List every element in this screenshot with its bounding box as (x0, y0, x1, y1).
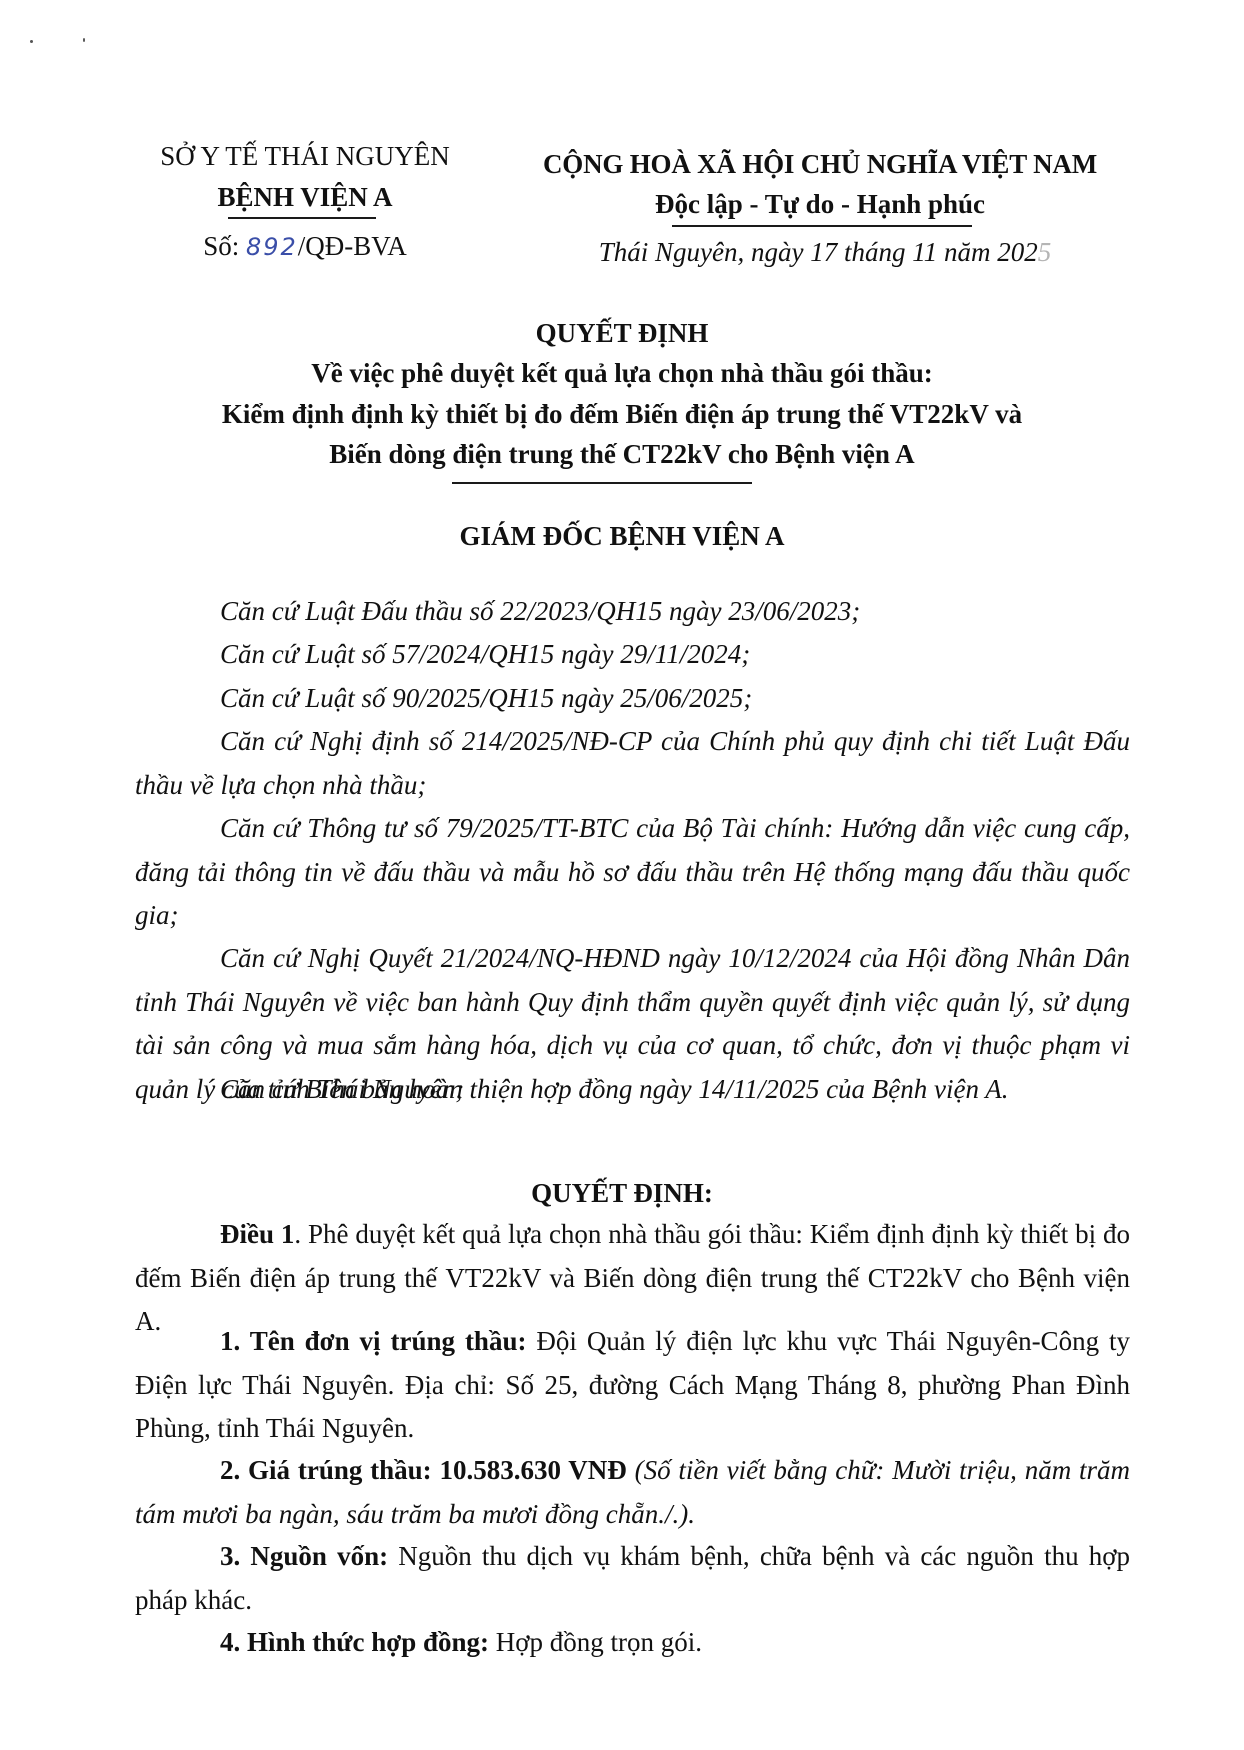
decision-subject-line-2: Kiểm định định kỳ thiết bị đo đếm Biến đ… (0, 393, 1244, 435)
issuing-authority: GIÁM ĐỐC BỆNH VIỆN A (0, 515, 1244, 557)
item-4-text: Hợp đồng trọn gói. (489, 1627, 702, 1657)
place-date-text: Thái Nguyên, ngày 17 tháng 11 năm 202 (599, 237, 1038, 267)
item-contract-type: 4. Hình thức hợp đồng: Hợp đồng trọn gói… (135, 1621, 1130, 1665)
legal-basis-2: Căn cứ Luật số 57/2024/QH15 ngày 29/11/2… (135, 633, 1130, 677)
decision-subject-line-1: Về việc phê duyệt kết quả lựa chọn nhà t… (0, 352, 1244, 394)
legal-basis-3: Căn cứ Luật số 90/2025/QH15 ngày 25/06/2… (135, 677, 1130, 721)
place-and-date: Thái Nguyên, ngày 17 tháng 11 năm 2025 (500, 236, 1150, 268)
item-funding-source: 3. Nguồn vốn: Nguồn thu dịch vụ khám bện… (135, 1535, 1130, 1622)
scan-speck (30, 40, 33, 43)
item-4-label: 4. Hình thức hợp đồng: (220, 1627, 489, 1657)
legal-basis-7: Căn cứ Biên bản hoàn thiện hợp đồng ngày… (135, 1068, 1130, 1112)
legal-basis-4: Căn cứ Nghị định số 214/2025/NĐ-CP của C… (135, 720, 1130, 807)
article-1-label: Điều 1 (220, 1219, 294, 1249)
decides-heading: QUYẾT ĐỊNH: (0, 1172, 1244, 1214)
scan-speck (83, 38, 85, 42)
place-date-faded: 5 (1038, 237, 1052, 267)
subject-underline (452, 482, 752, 484)
department-name: SỞ Y TẾ THÁI NGUYÊN (140, 140, 470, 172)
decision-subject-line-3: Biến dòng điện trung thế CT22kV cho Bệnh… (0, 433, 1244, 475)
item-winning-price: 2. Giá trúng thầu: 10.583.630 VNĐ (Số ti… (135, 1449, 1130, 1536)
country-name: CỘNG HOÀ XÃ HỘI CHỦ NGHĨA VIỆT NAM (500, 148, 1140, 180)
organization-name: BỆNH VIỆN A (140, 181, 470, 213)
organization-underline (228, 217, 376, 219)
item-2-label: 2. Giá trúng thầu: 10.583.630 VNĐ (220, 1455, 627, 1485)
number-prefix: Số: (203, 231, 246, 261)
motto-underline (672, 225, 972, 227)
decision-title: QUYẾT ĐỊNH (0, 312, 1244, 354)
national-motto: Độc lập - Tự do - Hạnh phúc (500, 188, 1140, 220)
document-number: Số: 892/QĐ-BVA (140, 230, 470, 263)
item-winning-bidder: 1. Tên đơn vị trúng thầu: Đội Quản lý đi… (135, 1320, 1130, 1451)
item-1-label: 1. Tên đơn vị trúng thầu: (220, 1326, 526, 1356)
legal-basis-1: Căn cứ Luật Đấu thầu số 22/2023/QH15 ngà… (135, 590, 1130, 634)
handwritten-number: 892 (246, 233, 298, 261)
item-3-label: 3. Nguồn vốn: (220, 1541, 388, 1571)
number-suffix: /QĐ-BVA (298, 231, 407, 261)
legal-basis-5: Căn cứ Thông tư số 79/2025/TT-BTC của Bộ… (135, 807, 1130, 938)
